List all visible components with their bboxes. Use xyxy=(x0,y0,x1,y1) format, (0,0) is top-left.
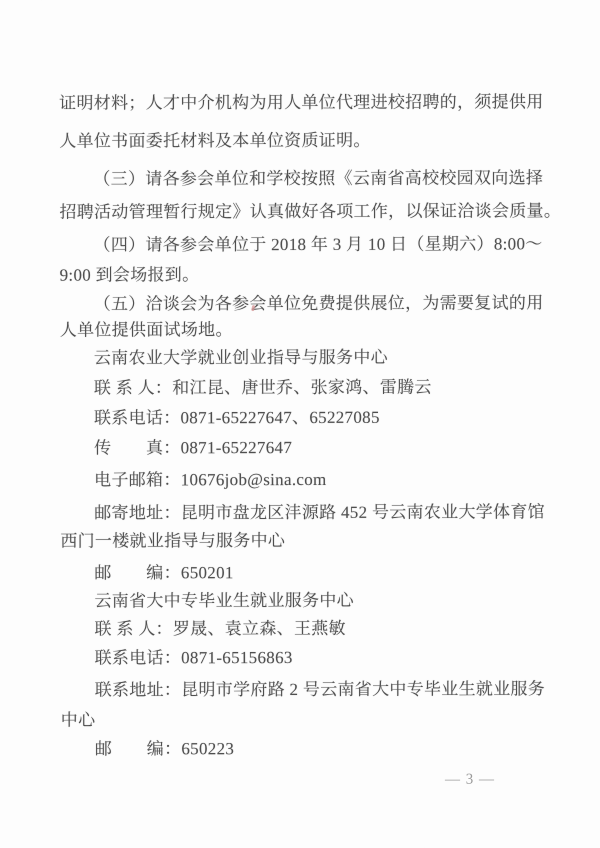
document-line: 邮 编：650201 xyxy=(60,562,233,584)
document-line: 联系电话：0871-65227647、65227085 xyxy=(60,407,380,430)
scanned-document-page: 证明材料；人才中介机构为用人单位代理进校招聘的，须提供用 人单位书面委托材料及本… xyxy=(0,0,600,848)
document-line: 邮 编：650223 xyxy=(61,738,234,760)
document-line: 传 真：0871-65227647 xyxy=(60,437,292,460)
document-line: 人单位书面委托材料及本单位资质证明。 xyxy=(59,130,370,153)
document-line: 证明材料；人才中介机构为用人单位代理进校招聘的，须提供用 xyxy=(59,91,543,114)
document-line: （三）请各参会单位和学校按照《云南省高校校园双向选择 xyxy=(59,167,543,190)
document-line: 人单位提供面试场地。 xyxy=(60,319,233,341)
document-line: 中心 xyxy=(61,710,96,732)
page-number: — 3 — xyxy=(437,769,503,789)
document-line: 云南农业大学就业创业指导与服务中心 xyxy=(60,347,388,370)
document-line: 联 系 人：和江昆、唐世乔、张家鸿、雷腾云 xyxy=(60,377,432,400)
document-line: 云南省大中专毕业生就业服务中心 xyxy=(60,590,354,613)
document-line: 联 系 人：罗晟、袁立森、王燕敏 xyxy=(61,618,346,641)
document-line: 西门一楼就业指导与服务中心 xyxy=(60,530,285,553)
document-line: 招聘活动管理暂行规定》认真做好各项工作，以保证洽谈会质量。 xyxy=(59,200,561,223)
document-line: 9:00 到会场报到。 xyxy=(60,264,200,286)
document-line: （四）请各参会单位于 2018 年 3 月 10 日（星期六）8:00～ xyxy=(60,233,543,256)
document-line: 联系地址：昆明市学府路 2 号云南省大中专毕业生就业服务 xyxy=(61,678,545,701)
document-line: 邮寄地址：昆明市盘龙区沣源路 452 号云南农业大学体育馆 xyxy=(60,501,545,524)
document-line: 联系电话：0871-65156863 xyxy=(61,647,293,670)
document-line: （五）洽谈会为各参会单位免费提供展位，为需要复试的用 xyxy=(60,292,544,315)
document-line: 电子邮箱：10676job@sina.com xyxy=(60,469,326,492)
